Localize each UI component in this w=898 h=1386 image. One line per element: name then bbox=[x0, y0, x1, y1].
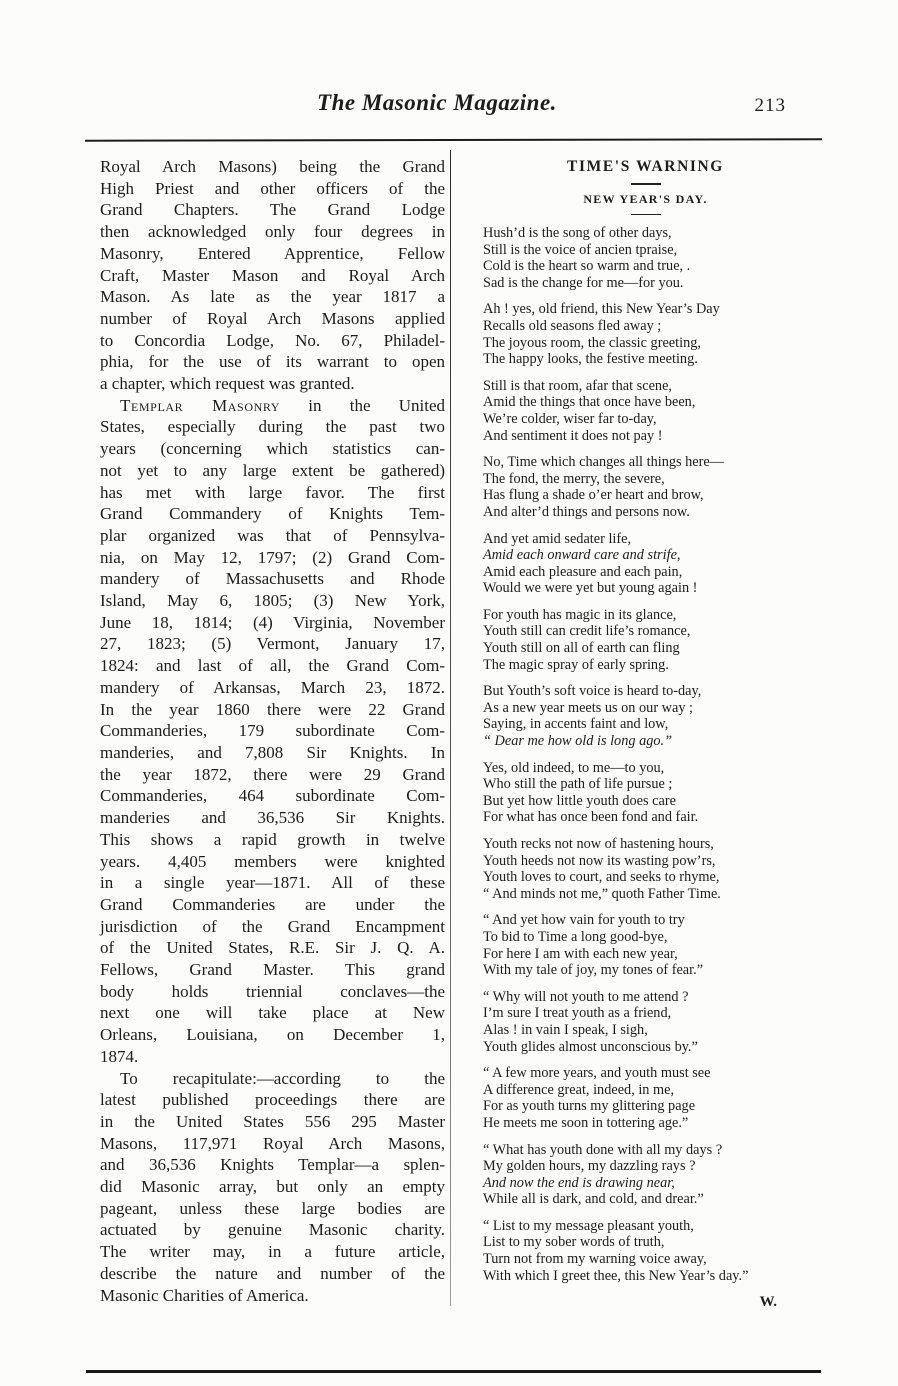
poem-stanza: “ And yet how vain for youth to tryTo bi… bbox=[483, 912, 832, 978]
poem-line: Hush’d is the song of other days, bbox=[483, 225, 832, 242]
text-line: of the United States, R.E. Sir J. Q. A. bbox=[100, 937, 445, 959]
paragraph: To recapitulate:—according to thelatest … bbox=[100, 1068, 445, 1307]
poem-line: Sad is the change for me—for you. bbox=[483, 275, 832, 292]
poem-line: “ List to my message pleasant youth, bbox=[483, 1218, 832, 1235]
text-line: Island, May 6, 1805; (3) New York, bbox=[100, 590, 445, 612]
text-line: phia, for the use of its warrant to open bbox=[100, 351, 445, 373]
right-column: TIME'S WARNING NEW YEAR'S DAY. Hush’d is… bbox=[451, 150, 832, 1311]
text-line: in the United States 556 295 Master bbox=[100, 1111, 445, 1133]
text-line: to Concordia Lodge, No. 67, Philadel- bbox=[100, 330, 445, 352]
journal-title: The Masonic Magazine. bbox=[72, 90, 802, 116]
paragraph: Royal Arch Masons) being the GrandHigh P… bbox=[100, 156, 445, 395]
poem-line: And now the end is drawing near, bbox=[483, 1175, 832, 1192]
poem-stanza: And yet amid sedater life,Amid each onwa… bbox=[483, 531, 832, 597]
poem-title: TIME'S WARNING bbox=[471, 158, 820, 176]
text-line: has met with large favor. The first bbox=[100, 482, 445, 504]
text-line: Commanderies, 179 subordinate Com- bbox=[100, 720, 445, 742]
poem-line: With which I greet thee, this New Year’s… bbox=[483, 1268, 832, 1285]
poem-line: Turn not from my warning voice away, bbox=[483, 1251, 832, 1268]
poem-line: As a new year meets us on our way ; bbox=[483, 700, 832, 717]
poem-line: Yes, old indeed, to me—to you, bbox=[483, 760, 832, 777]
text-line: Mason. As late as the year 1817 a bbox=[100, 286, 445, 308]
poem-stanza: For youth has magic in its glance,Youth … bbox=[483, 607, 832, 673]
poem-line: While all is dark, and cold, and drear.” bbox=[483, 1191, 832, 1208]
text-line: Fellows, Grand Master. This grand bbox=[100, 959, 445, 981]
poem-stanza: Youth recks not now of hastening hours,Y… bbox=[483, 836, 832, 902]
poem-stanza: “ Why will not youth to me attend ?I’m s… bbox=[483, 989, 832, 1055]
paragraph: Templar Masonry in the UnitedStates, esp… bbox=[100, 395, 445, 1068]
page-number: 213 bbox=[755, 95, 787, 117]
text-line: years (concerning which statistics can- bbox=[100, 438, 445, 460]
text-line: did Masonic array, but only an empty bbox=[100, 1176, 445, 1198]
poem-line: But yet how little youth does care bbox=[483, 793, 832, 810]
poem-line: With my tale of joy, my tones of fear.” bbox=[483, 962, 832, 979]
poem-line: Ah ! yes, old friend, this New Year’s Da… bbox=[483, 301, 832, 318]
poem-line: “ Why will not youth to me attend ? bbox=[483, 989, 832, 1006]
text-line: In the year 1860 there were 22 Grand bbox=[100, 699, 445, 721]
text-line: Craft, Master Mason and Royal Arch bbox=[100, 265, 445, 287]
poem-line: Cold is the heart so warm and true, . bbox=[483, 258, 832, 275]
poem-stanza: Still is that room, afar that scene,Amid… bbox=[483, 378, 832, 444]
poem-line: But Youth’s soft voice is heard to-day, bbox=[483, 683, 832, 700]
text-line: 1824: and last of all, the Grand Com- bbox=[100, 655, 445, 677]
text-line: pageant, unless these large bodies are bbox=[100, 1198, 445, 1220]
poem-stanza: Hush’d is the song of other days,Still i… bbox=[483, 225, 832, 291]
poem-stanza: Yes, old indeed, to me—to you,Who still … bbox=[483, 760, 832, 826]
text-line: years. 4,405 members were knighted bbox=[100, 851, 445, 873]
text-line: then acknowledged only four degrees in bbox=[100, 221, 445, 243]
text-line: not yet to any large extent be gathered) bbox=[100, 460, 445, 482]
poem-line: For here I am with each new year, bbox=[483, 946, 832, 963]
text-line: Grand Commanderies are under the bbox=[100, 894, 445, 916]
poem-line: Still is the voice of ancien tpraise, bbox=[483, 242, 832, 259]
poem-stanza: Ah ! yes, old friend, this New Year’s Da… bbox=[483, 301, 832, 367]
poem-line: Youth glides almost unconscious by.” bbox=[483, 1039, 832, 1056]
poem-line: Youth heeds not now its wasting pow’rs, bbox=[483, 853, 832, 870]
text-line: High Priest and other officers of the bbox=[100, 178, 445, 200]
text-line: States, especially during the past two bbox=[100, 416, 445, 438]
poem: Hush’d is the song of other days,Still i… bbox=[483, 225, 832, 1284]
small-caps-lead: Templar Masonry bbox=[120, 396, 280, 415]
poem-line: We’re colder, wiser far to-day, bbox=[483, 411, 832, 428]
bottom-rule bbox=[86, 1370, 821, 1373]
poem-stanza: “ List to my message pleasant youth,List… bbox=[483, 1218, 832, 1284]
poem-line: Still is that room, afar that scene, bbox=[483, 378, 832, 395]
text-line: Commanderies, 464 subordinate Com- bbox=[100, 785, 445, 807]
poem-line: And alter’d things and persons now. bbox=[483, 504, 832, 521]
text-line: Masonry, Entered Apprentice, Fellow bbox=[100, 243, 445, 265]
poem-line: Recalls old seasons fled away ; bbox=[483, 318, 832, 335]
subtitle-divider-rule bbox=[631, 214, 661, 216]
poem-line: For what has once been fond and fair. bbox=[483, 809, 832, 826]
text-line: Masonic Charities of America. bbox=[100, 1285, 445, 1307]
poem-line: Would we were yet but young again ! bbox=[483, 580, 832, 597]
text-line: 27, 1823; (5) Vermont, January 17, bbox=[100, 633, 445, 655]
poem-line: A difference great, indeed, in me, bbox=[483, 1082, 832, 1099]
poem-line: To bid to Time a long good-bye, bbox=[483, 929, 832, 946]
poem-subtitle: NEW YEAR'S DAY. bbox=[471, 192, 820, 207]
text-line: mandery of Arkansas, March 23, 1872. bbox=[100, 677, 445, 699]
left-column: Royal Arch Masons) being the GrandHigh P… bbox=[100, 150, 445, 1306]
text-line: and 36,536 Knights Templar—a splen- bbox=[100, 1154, 445, 1176]
text-line: This shows a rapid growth in twelve bbox=[100, 829, 445, 851]
poem-line: “ And minds not me,” quoth Father Time. bbox=[483, 886, 832, 903]
text-line: in a single year—1871. All of these bbox=[100, 872, 445, 894]
text-line: Grand Chapters. The Grand Lodge bbox=[100, 199, 445, 221]
poem-line: “ A few more years, and youth must see bbox=[483, 1065, 832, 1082]
text-line: number of Royal Arch Masons applied bbox=[100, 308, 445, 330]
text-line: Royal Arch Masons) being the Grand bbox=[100, 156, 445, 178]
text-line: the year 1872, there were 29 Grand bbox=[100, 764, 445, 786]
poem-line: List to my sober words of truth, bbox=[483, 1234, 832, 1251]
text-line: next one will take place at New bbox=[100, 1002, 445, 1024]
text-line: Grand Commandery of Knights Tem- bbox=[100, 503, 445, 525]
text-line: Orleans, Louisiana, on December 1, bbox=[100, 1024, 445, 1046]
text-line: actuated by genuine Masonic charity. bbox=[100, 1219, 445, 1241]
poem-stanza: “ What has youth done with all my days ?… bbox=[483, 1142, 832, 1208]
poem-line: Has flung a shade o’er heart and brow, bbox=[483, 487, 832, 504]
poem-line: The fond, the merry, the severe, bbox=[483, 471, 832, 488]
poem-line: For youth has magic in its glance, bbox=[483, 607, 832, 624]
text-line: 1874. bbox=[100, 1046, 445, 1068]
poem-line: Who still the path of life pursue ; bbox=[483, 776, 832, 793]
columns: Royal Arch Masons) being the GrandHigh P… bbox=[100, 150, 832, 1311]
poem-stanza: No, Time which changes all things here—T… bbox=[483, 454, 832, 520]
poem-stanza: “ A few more years, and youth must seeA … bbox=[483, 1065, 832, 1131]
text-line: Templar Masonry in the United bbox=[100, 395, 445, 417]
text-line: June 18, 1814; (4) Virginia, November bbox=[100, 612, 445, 634]
poem-line: Youth recks not now of hastening hours, bbox=[483, 836, 832, 853]
poem-line: The happy looks, the festive meeting. bbox=[483, 351, 832, 368]
poem-line: And sentiment it does not pay ! bbox=[483, 428, 832, 445]
poem-line: I’m sure I treat youth as a friend, bbox=[483, 1005, 832, 1022]
text-line: The writer may, in a future article, bbox=[100, 1241, 445, 1263]
poem-line: “ Dear me how old is long ago.” bbox=[483, 733, 832, 750]
poem-line: “ What has youth done with all my days ? bbox=[483, 1142, 832, 1159]
title-divider-rule bbox=[631, 183, 661, 185]
poem-line: My golden hours, my dazzling rays ? bbox=[483, 1158, 832, 1175]
poem-line: No, Time which changes all things here— bbox=[483, 454, 832, 471]
poem-line: Youth loves to court, and seeks to rhyme… bbox=[483, 869, 832, 886]
text-line: manderies, and 7,808 Sir Knights. In bbox=[100, 742, 445, 764]
poem-line: The magic spray of early spring. bbox=[483, 657, 832, 674]
text-line: To recapitulate:—according to the bbox=[100, 1068, 445, 1090]
poem-line: Youth still can credit life’s romance, bbox=[483, 623, 832, 640]
magazine-page: The Masonic Magazine. 213 Royal Arch Mas… bbox=[0, 0, 898, 1386]
poem-line: Saying, in accents faint and low, bbox=[483, 716, 832, 733]
text-line: Masons, 117,971 Royal Arch Masons, bbox=[100, 1133, 445, 1155]
poem-line: Amid each pleasure and each pain, bbox=[483, 564, 832, 581]
poem-line: He meets me soon in tottering age.” bbox=[483, 1115, 832, 1132]
poem-line: Amid each onward care and strife, bbox=[483, 547, 832, 564]
poem-line: The joyous room, the classic greeting, bbox=[483, 335, 832, 352]
poem-line: Youth still on all of earth can fling bbox=[483, 640, 832, 657]
poem-line: For as youth turns my glittering page bbox=[483, 1098, 832, 1115]
text-line: a chapter, which request was granted. bbox=[100, 373, 445, 395]
text-line: jurisdiction of the Grand Encampment bbox=[100, 916, 445, 938]
text-line: manderies and 36,536 Sir Knights. bbox=[100, 807, 445, 829]
text-line: mandery of Massachusetts and Rhode bbox=[100, 568, 445, 590]
text-line: describe the nature and number of the bbox=[100, 1263, 445, 1285]
text-line: body holds triennial conclaves—the bbox=[100, 981, 445, 1003]
poem-line: Amid the things that once have been, bbox=[483, 394, 832, 411]
header-rule bbox=[85, 138, 822, 142]
poem-line: “ And yet how vain for youth to try bbox=[483, 912, 832, 929]
text-line: nia, on May 12, 1797; (2) Grand Com- bbox=[100, 547, 445, 569]
author-signature: W. bbox=[483, 1294, 832, 1311]
text-line: latest published proceedings there are bbox=[100, 1089, 445, 1111]
poem-line: And yet amid sedater life, bbox=[483, 531, 832, 548]
poem-line: Alas ! in vain I speak, I sigh, bbox=[483, 1022, 832, 1039]
poem-stanza: But Youth’s soft voice is heard to-day,A… bbox=[483, 683, 832, 749]
text-line: plar organized was that of Pennsylva- bbox=[100, 525, 445, 547]
